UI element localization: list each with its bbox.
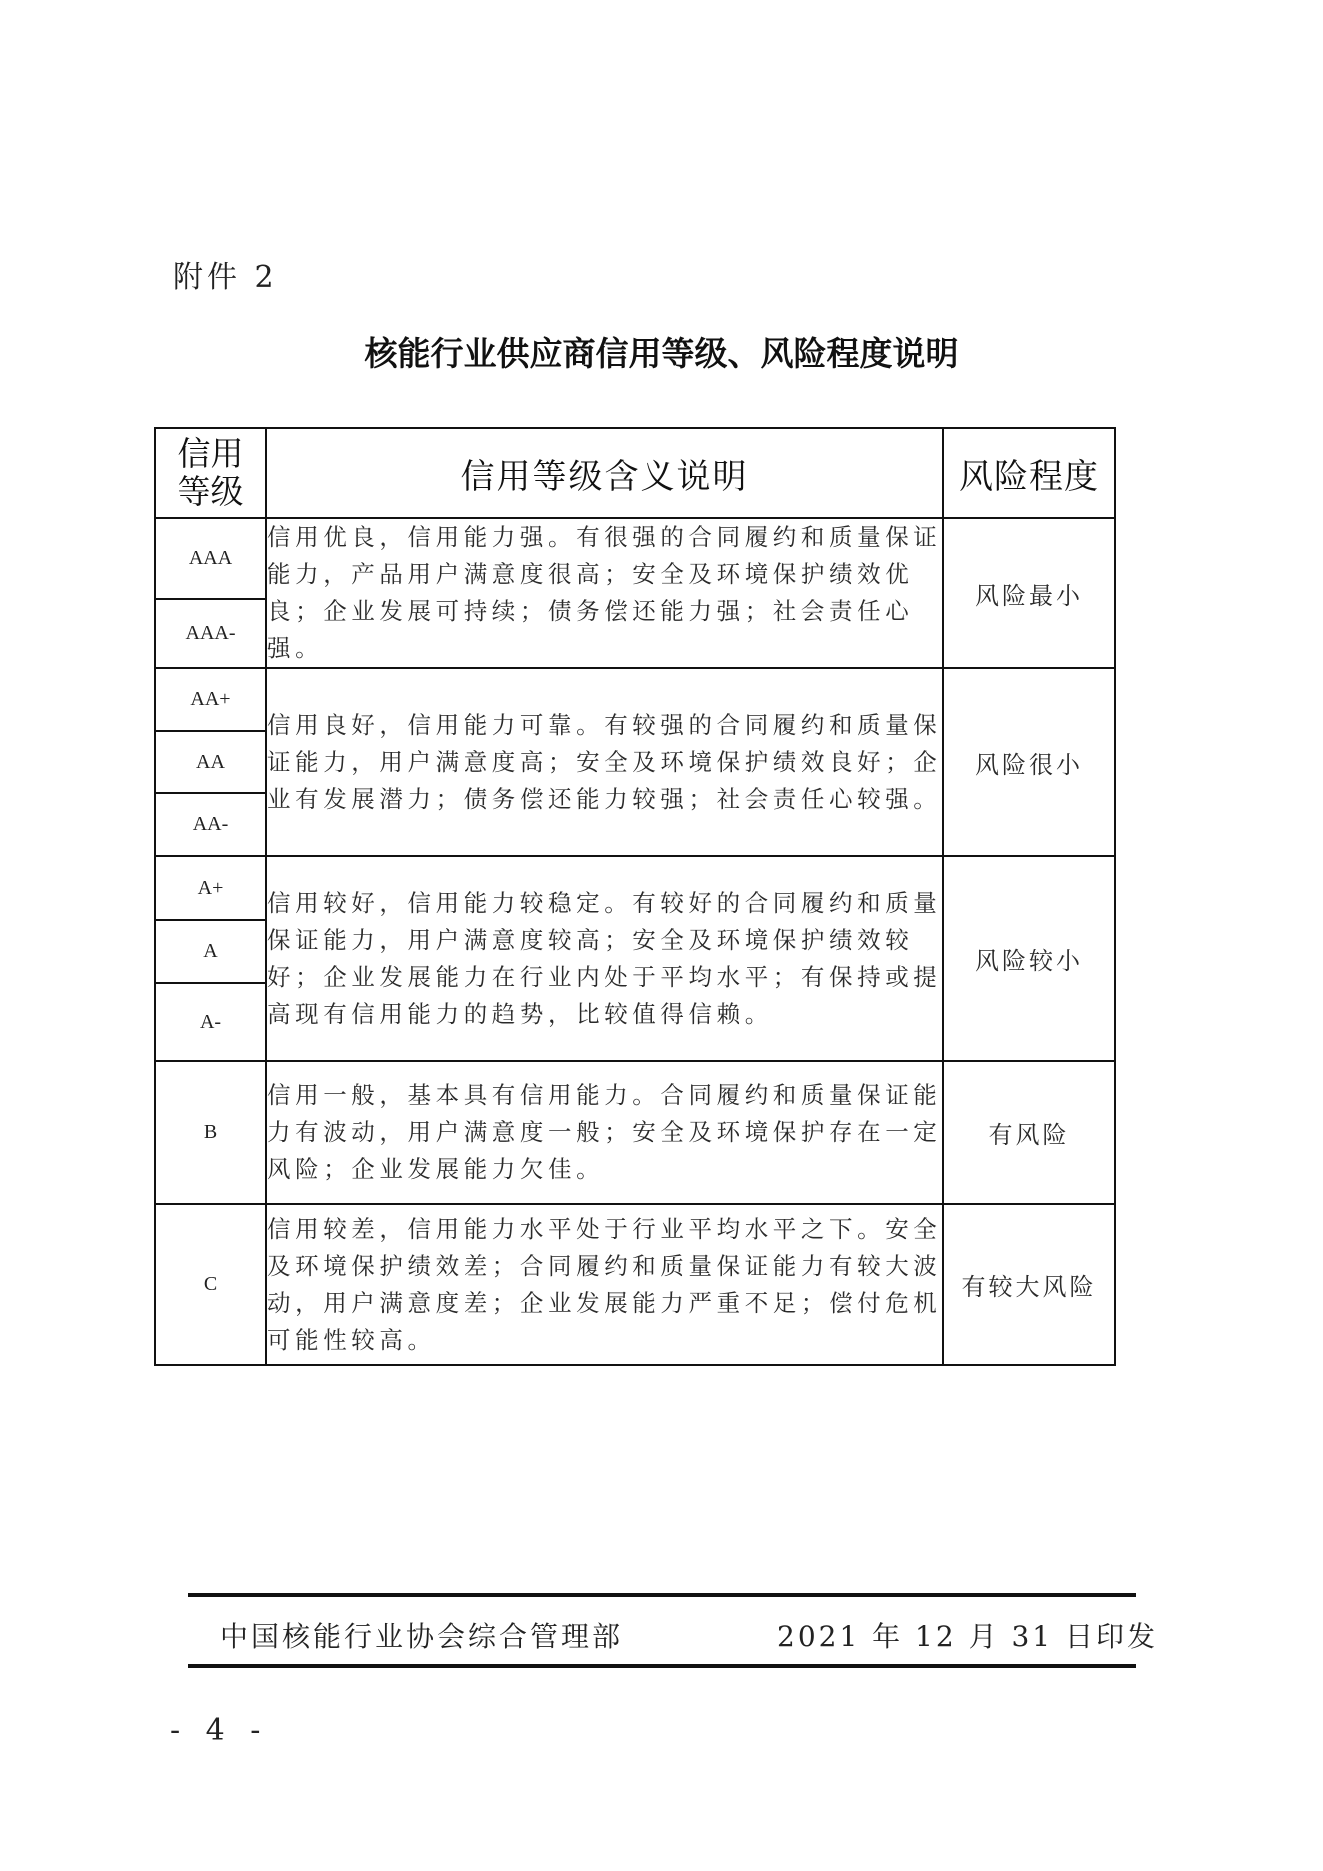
grade-cell: AA <box>155 731 266 793</box>
footer-bottom-rule <box>188 1664 1136 1668</box>
header-credit-grade: 信用 等级 <box>155 428 266 518</box>
footer-organization: 中国核能行业协会综合管理部 <box>220 1615 623 1655</box>
attachment-label: 附件 2 <box>173 252 278 296</box>
risk-level: 有较大风险 <box>943 1204 1115 1365</box>
document-title: 核能行业供应商信用等级、风险程度说明 <box>0 328 1323 375</box>
header-meaning: 信用等级含义说明 <box>266 428 943 518</box>
header-credit-grade-line2: 等级 <box>156 473 265 511</box>
credit-grade-table: 信用 等级 信用等级含义说明 风险程度 AAA 信用优良，信用能力强。有很强的合… <box>154 427 1116 1366</box>
table-row: AAA 信用优良，信用能力强。有很强的合同履约和质量保证能力，产品用户满意度很高… <box>155 518 1115 599</box>
risk-level: 风险最小 <box>943 518 1115 668</box>
header-risk: 风险程度 <box>943 428 1115 518</box>
grade-description: 信用良好，信用能力可靠。有较强的合同履约和质量保证能力，用户满意度高；安全及环境… <box>266 668 943 856</box>
grade-cell: AA+ <box>155 668 266 731</box>
grade-cell: AAA <box>155 518 266 599</box>
page-number: - 4 - <box>170 1713 268 1748</box>
risk-level: 有风险 <box>943 1061 1115 1204</box>
grade-cell: B <box>155 1061 266 1204</box>
grade-description: 信用一般，基本具有信用能力。合同履约和质量保证能力有波动，用户满意度一般；安全及… <box>266 1061 943 1204</box>
grade-cell: AAA- <box>155 599 266 668</box>
table-header-row: 信用 等级 信用等级含义说明 风险程度 <box>155 428 1115 518</box>
grade-cell: C <box>155 1204 266 1365</box>
grade-description: 信用较差，信用能力水平处于行业平均水平之下。安全及环境保护绩效差；合同履约和质量… <box>266 1204 943 1365</box>
risk-level: 风险较小 <box>943 856 1115 1061</box>
grade-cell: A <box>155 920 266 983</box>
table-row: AA+ 信用良好，信用能力可靠。有较强的合同履约和质量保证能力，用户满意度高；安… <box>155 668 1115 731</box>
grade-description: 信用较好，信用能力较稳定。有较好的合同履约和质量保证能力，用户满意度较高；安全及… <box>266 856 943 1061</box>
footer-issue-date: 2021 年 12 月 31 日印发 <box>777 1615 1158 1655</box>
grade-cell: A- <box>155 983 266 1061</box>
table-row: C 信用较差，信用能力水平处于行业平均水平之下。安全及环境保护绩效差；合同履约和… <box>155 1204 1115 1365</box>
grade-cell: AA- <box>155 793 266 856</box>
table-row: B 信用一般，基本具有信用能力。合同履约和质量保证能力有波动，用户满意度一般；安… <box>155 1061 1115 1204</box>
footer-top-rule <box>188 1593 1136 1597</box>
risk-level: 风险很小 <box>943 668 1115 856</box>
header-credit-grade-line1: 信用 <box>156 435 265 473</box>
grade-cell: A+ <box>155 856 266 920</box>
table-row: A+ 信用较好，信用能力较稳定。有较好的合同履约和质量保证能力，用户满意度较高；… <box>155 856 1115 920</box>
grade-description: 信用优良，信用能力强。有很强的合同履约和质量保证能力，产品用户满意度很高；安全及… <box>266 518 943 668</box>
